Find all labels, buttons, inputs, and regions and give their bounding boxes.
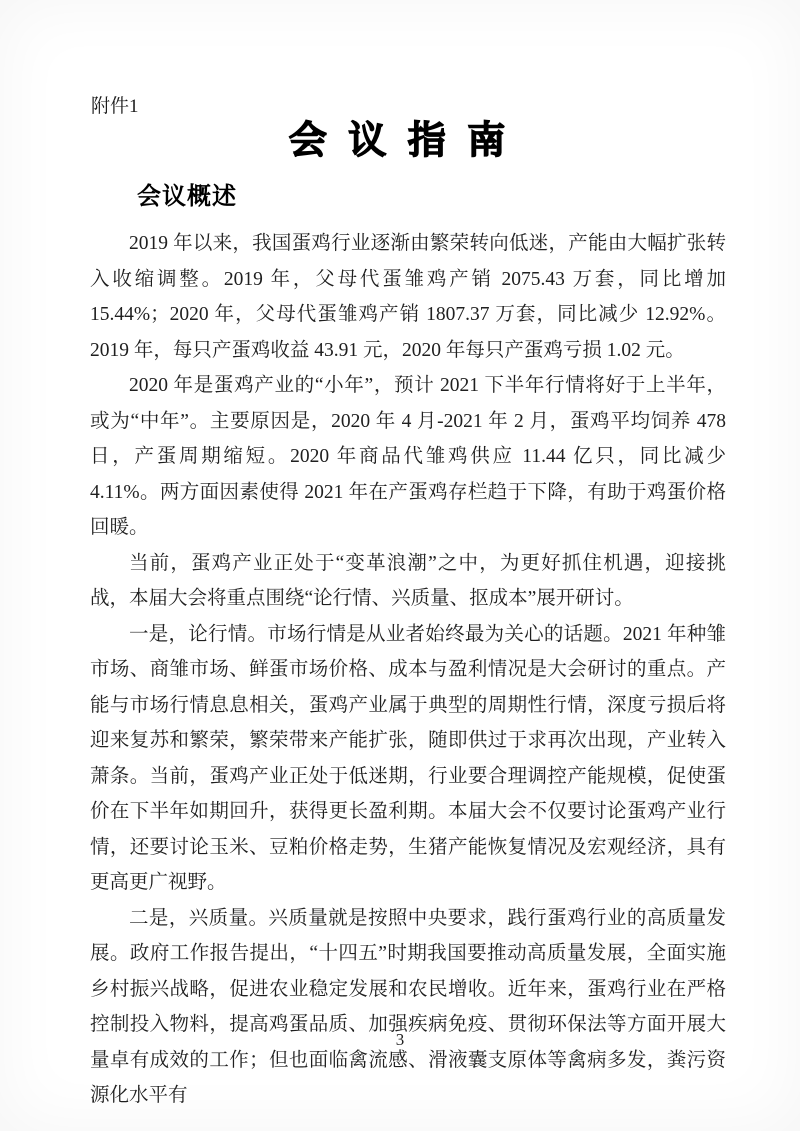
attachment-label: 附件1 (91, 96, 139, 118)
document-page: 附件1 会 议 指 南 会议概述 2019 年以来，我国蛋鸡行业逐渐由繁荣转向低… (0, 0, 800, 1131)
document-body: 2019 年以来，我国蛋鸡行业逐渐由繁荣转向低迷，产能由大幅扩张转入收缩调整。2… (90, 226, 726, 1114)
paragraph-theme-market: 一是，论行情。市场行情是从业者始终最为关心的话题。2021 年种雏市场、商雏市场… (90, 617, 726, 901)
paragraph-2020-outlook: 2020 年是蛋鸡产业的“小年”，预计 2021 下半年行情将好于上半年，或为“… (90, 368, 726, 546)
document-title: 会 议 指 南 (0, 118, 800, 164)
section-heading: 会议概述 (137, 182, 237, 212)
paragraph-overview-market: 2019 年以来，我国蛋鸡行业逐渐由繁荣转向低迷，产能由大幅扩张转入收缩调整。2… (90, 226, 726, 368)
page-number: 3 (0, 1030, 800, 1050)
paragraph-conference-themes: 当前，蛋鸡产业正处于“变革浪潮”之中，为更好抓住机遇，迎接挑战，本届大会将重点围… (90, 546, 726, 617)
paragraph-theme-quality: 二是，兴质量。兴质量就是按照中央要求，践行蛋鸡行业的高质量发展。政府工作报告提出… (90, 901, 726, 1114)
